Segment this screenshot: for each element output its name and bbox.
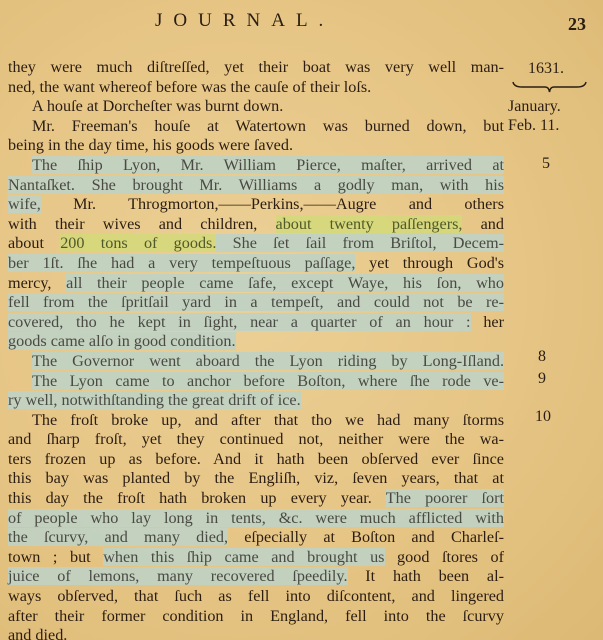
margin-month: January. [508, 98, 561, 116]
text-line: ways obſerved, that ſuch as fell into di… [8, 587, 504, 607]
highlight-blue: fell from the ſpritſail yard in a tempeſ… [8, 293, 504, 311]
text-line: this bay was planted by the Engliſh, viz… [8, 469, 504, 489]
book-page: JOURNAL. 23 1631. January. Feb. 11. 5 8 … [0, 0, 603, 640]
text-line: ned, the want whereof before was the cau… [8, 78, 504, 98]
highlight-blue: ber 1ſt. [8, 254, 64, 272]
margin-date-feb: Feb. 11. [508, 117, 559, 135]
highlight-blue: juice of lemons, many recovered ſpeedily… [8, 567, 348, 585]
text-line: about 200 tons of goods. She ſet ſail fr… [8, 234, 504, 254]
margin-day-8: 8 [538, 348, 546, 366]
text-line: mercy, all their people came ſafe, excep… [8, 274, 504, 294]
highlight-blue: The poorer ſort [386, 489, 504, 507]
text-line: The ſhip Lyon, Mr. William Pierce, maſte… [8, 156, 504, 176]
highlight-blue: Nantaſket. She brought Mr. Williams a go… [8, 176, 504, 194]
text-line: and died. [8, 626, 504, 640]
text-line: A houſe at Dorcheſter was burnt down. [8, 97, 504, 117]
brace-icon [512, 81, 587, 93]
highlight-blue: ſhe had a very tempeſtuous paſſage, [64, 254, 356, 272]
highlight-green: 200 tons of goods. [60, 234, 216, 252]
text-line: and ſharp froſt, yet they continued not,… [8, 430, 504, 450]
highlight-blue: of people who lay long in tents, &c. wer… [8, 509, 504, 527]
text-line: being in the day time, his goods were ſa… [8, 136, 504, 156]
text-line: covered, tho he kept in ſight, near a qu… [8, 313, 504, 333]
text-line: they were much diſtreſſed, yet their boa… [8, 58, 504, 78]
text-line: The Lyon came to anchor before Boſton, w… [8, 372, 504, 392]
text-line: of people who lay long in tents, &c. wer… [8, 509, 504, 529]
text-line: after their former condition in England,… [8, 607, 504, 627]
highlight-blue: She ſet ſail from Briſtol, Decem- [216, 234, 504, 252]
text-line: ry well, notwithſtanding the great drift… [8, 391, 504, 411]
text-line: The froſt broke up, and after that tho w… [8, 411, 504, 431]
text-line: with their wives and children, about twe… [8, 215, 504, 235]
highlight-blue: ry well, notwithſtanding the great drift… [8, 391, 301, 409]
text-line: Mr. Freeman's houſe at Watertown was bur… [8, 117, 504, 137]
page-number: 23 [568, 14, 586, 35]
margin-year: 1631. [528, 60, 564, 78]
margin-day-5: 5 [542, 155, 550, 173]
text-line: ber 1ſt. ſhe had a very tempeſtuous paſſ… [8, 254, 504, 274]
highlight-blue: goods came alſo in good condition. [8, 332, 236, 350]
running-title: JOURNAL. [155, 10, 334, 32]
text-line: town ; but when this ſhip came and broug… [8, 548, 504, 568]
text-line: the ſcurvy, and many died, eſpecially at… [8, 528, 504, 548]
text-line: juice of lemons, many recovered ſpeedily… [8, 567, 504, 587]
body-text: they were much diſtreſſed, yet their boa… [8, 58, 504, 640]
highlight-blue: The Lyon came to anchor before Boſton, w… [32, 372, 504, 390]
text-line: this day the froſt hath broken up every … [8, 489, 504, 509]
highlight-blue: the ſcurvy, and many died, [8, 528, 228, 546]
text-line: fell from the ſpritſail yard in a tempeſ… [8, 293, 504, 313]
highlight-blue: The Governor went aboard the Lyon riding… [32, 352, 504, 370]
text-line: ters frozen up as before. And it hath be… [8, 450, 504, 470]
text-line: wife, Mr. Throgmorton,——Perkins,——Augre … [8, 195, 504, 215]
highlight-green: about twenty paſſengers, [276, 215, 463, 233]
highlight-blue: covered, tho he kept in ſight, near a qu… [8, 313, 471, 331]
text-line: goods came alſo in good condition. [8, 332, 504, 352]
margin-day-10: 10 [535, 408, 551, 426]
highlight-blue: when this ſhip came and brought us [103, 548, 384, 566]
margin-day-9: 9 [538, 370, 546, 388]
highlight-blue: all their people came ſafe, except Waye,… [66, 274, 504, 292]
highlight-blue: The ſhip Lyon, Mr. William Pierce, maſte… [32, 156, 504, 174]
highlight-blue: wife, [8, 195, 41, 213]
text-line: The Governor went aboard the Lyon riding… [8, 352, 504, 372]
text-line: Nantaſket. She brought Mr. Williams a go… [8, 176, 504, 196]
